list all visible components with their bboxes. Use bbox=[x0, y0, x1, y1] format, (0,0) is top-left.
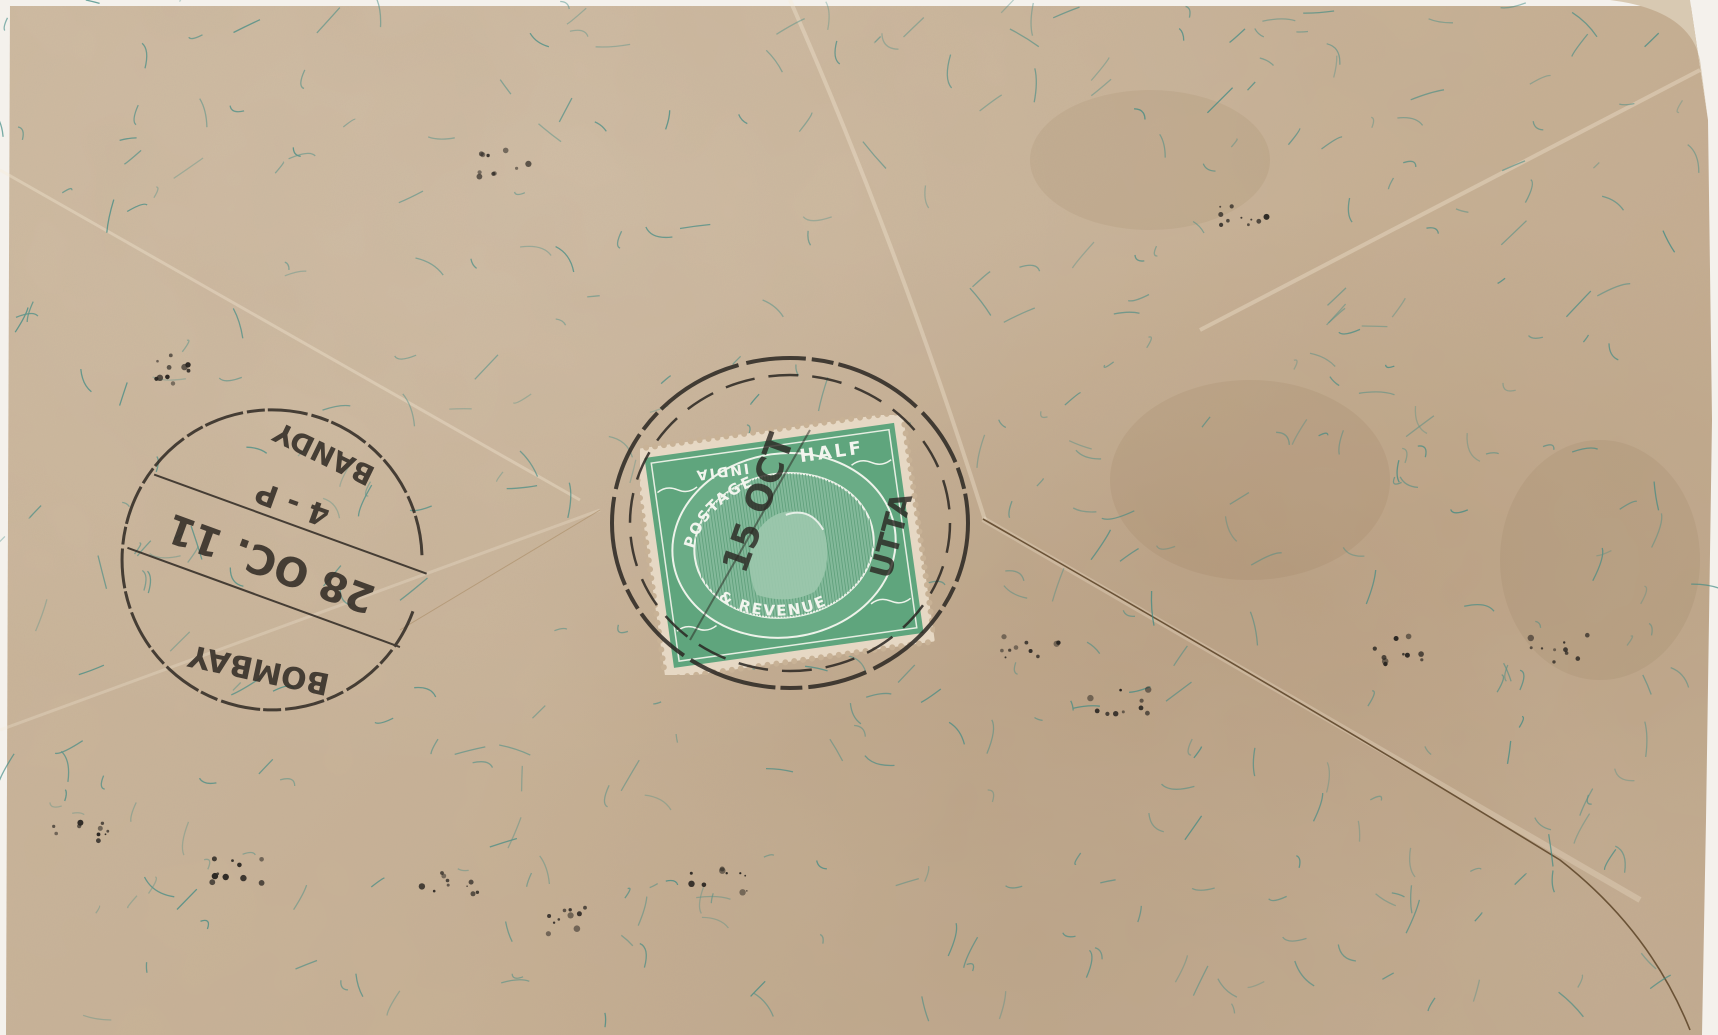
envelope-back: BOMBAY 28 OC. 11 4 - P BANDY bbox=[0, 0, 1718, 1035]
cancel-text: UTTA bbox=[864, 488, 920, 582]
cancel-date: 15 OCT bbox=[715, 428, 803, 578]
stamp-cancel-postmark: 15 OCT UTTA bbox=[0, 0, 1718, 1035]
